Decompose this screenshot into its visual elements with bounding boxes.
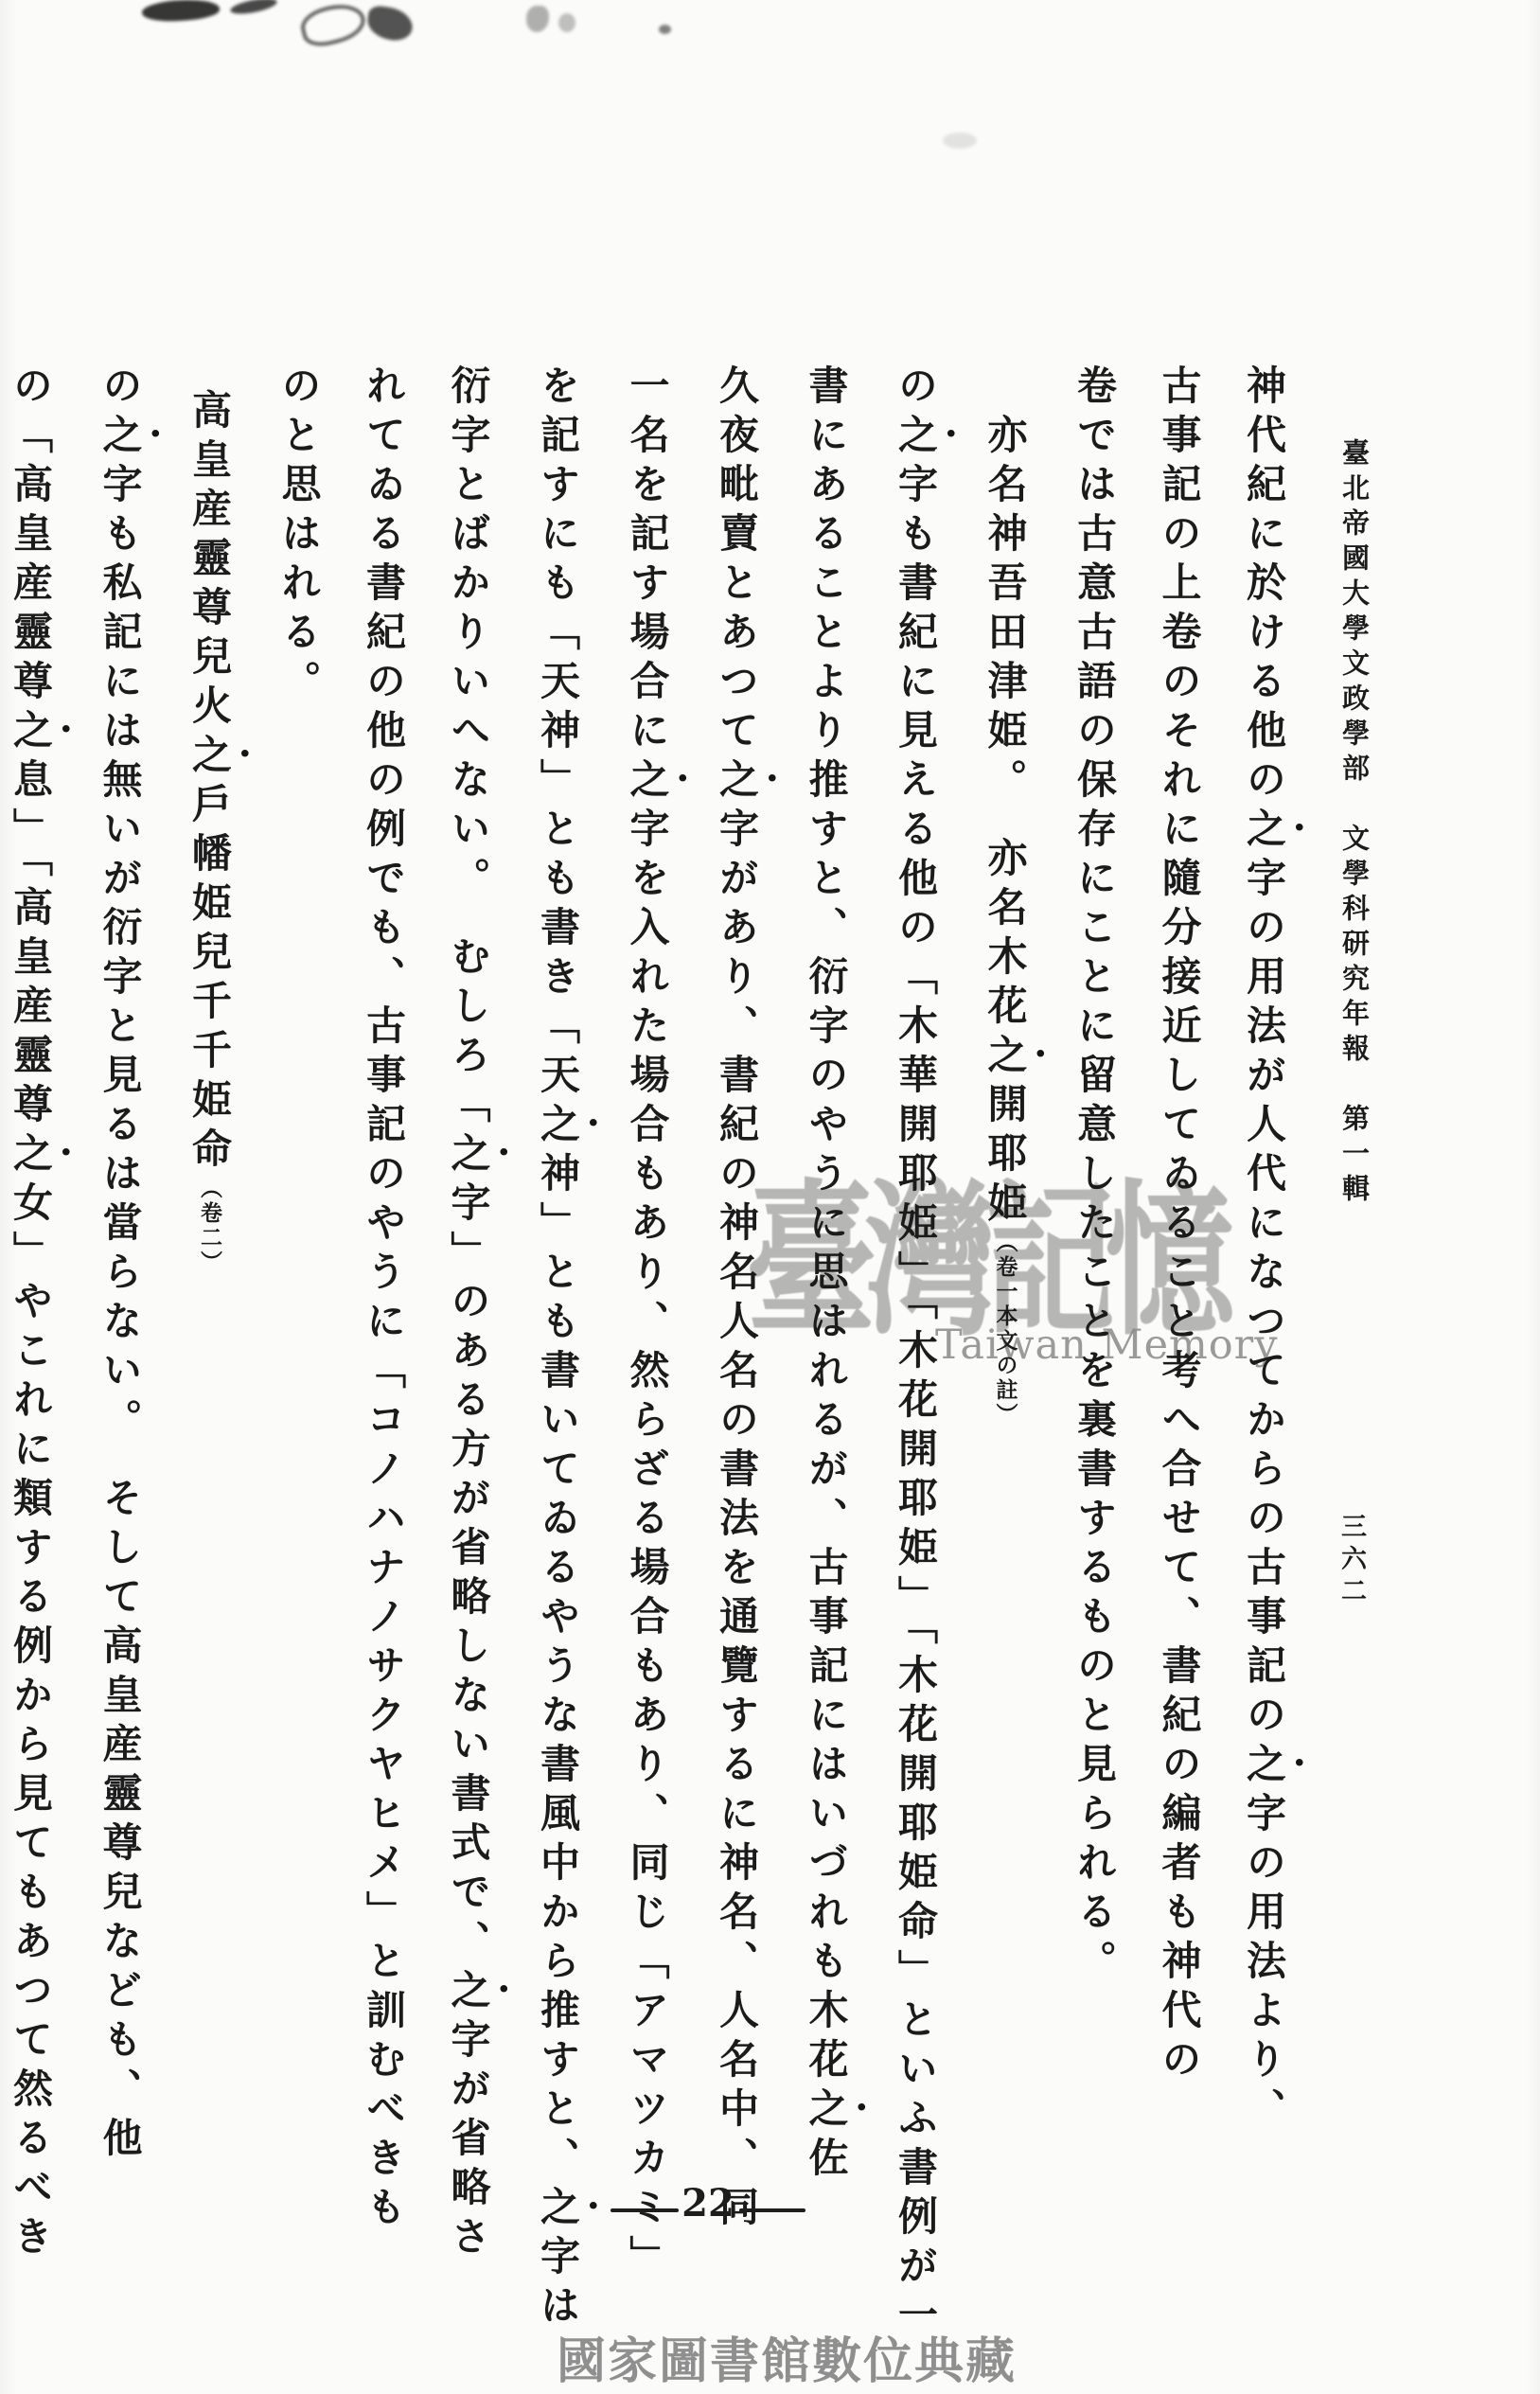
column-09: を記すにも「天神」とも書き「天之神」とも書いてゐるやうな書風中から推すと、之字は xyxy=(516,364,606,2196)
text-run: 文學科研究年報 xyxy=(1338,824,1371,1069)
text-run: 開耶姫 xyxy=(982,1083,1029,1231)
text-run: 卷では古意古語の保存にことに留意したことを裏書するものと見られる。 xyxy=(1071,364,1118,1989)
text-gap xyxy=(982,364,1029,414)
text-gap xyxy=(1338,789,1371,824)
text-run: 久夜毗賣とあつて xyxy=(714,364,760,758)
text-run: 一名を記す場合に xyxy=(625,364,671,758)
text-run: のと思はれる。 xyxy=(276,364,323,709)
text-run: 神」とも書いてゐるやうな書風中から推すと、 xyxy=(535,1152,581,2186)
archive-caption: 國家圖書館數位典藏 xyxy=(557,2321,1017,2392)
column-10: 衍字とばかりいへない。 むしろ「之字」のある方が省略しない書式で、之字が省略さ xyxy=(426,364,516,2196)
column-04: 亦名神吾田津姫。 亦名木花之開耶姫（卷一本文の註） xyxy=(963,364,1053,2196)
text-run: むしろ「 xyxy=(446,935,492,1132)
text-run: 高皇産靈尊兒火 xyxy=(186,389,233,734)
column-13: 高皇産靈尊兒火之戶幡姫兒千千姫命（卷二） xyxy=(168,364,257,2196)
emphasized-char: 之 xyxy=(893,414,939,463)
page-number-dash-right xyxy=(739,2208,805,2212)
text-run: 書にあることより推すと、衍字のやうに思はれるが、古事記にはいづれも木花 xyxy=(804,364,850,2087)
emphasized-char: 之 xyxy=(8,709,54,758)
emphasized-char: 之 xyxy=(804,2087,850,2137)
page-number-group: 22 xyxy=(568,2181,852,2238)
emphasized-char: 之 xyxy=(535,1103,581,1152)
text-run: 女」やこれに類する例から見てもあつて然るべき xyxy=(8,1181,54,2264)
text-run: 字を入れた場合もあり、然らざる場合もあり、同じ「アマツカミ」 xyxy=(625,807,671,2284)
text-gap xyxy=(982,788,1029,837)
text-gap xyxy=(446,886,492,935)
ink-smudge xyxy=(141,0,221,25)
text-run: 亦名神吾田津姫。 xyxy=(982,414,1029,788)
emphasized-char: 之 xyxy=(625,758,671,807)
column-02: 古事記の上卷のそれに隨分接近してゐること考へ合せて、書紀の編者も神代の xyxy=(1137,364,1222,2196)
ink-smudge xyxy=(526,6,549,32)
column-15: の「高皇産靈尊之息」「高皇産靈尊之女」やこれに類する例から見てもあつて然るべき xyxy=(0,364,78,2196)
text-gap xyxy=(1338,1069,1371,1104)
column-14: の之字も私記には無いが衍字と見るは當らない。 そして高皇産靈尊兒なども、他 xyxy=(78,364,168,2196)
column-07: 久夜毗賣とあつて之字があり、書紀の神名人名の書法を通覽するに神名、人名中、同 xyxy=(695,364,785,2196)
text-run: 字も書紀に見える他の「木華開耶姫」「木花開耶姫」「木花開耶姫命」といふ書例が一 xyxy=(893,463,939,2343)
inline-annotation: （卷一本文の註） xyxy=(993,1231,1018,1428)
emphasized-char: 之 xyxy=(446,1969,492,2018)
text-run: の xyxy=(893,364,939,414)
text-run: 戶幡姫兒千千姫命 xyxy=(186,783,233,1177)
page-number-dash-left xyxy=(611,2208,679,2212)
text-run: 第一輯 xyxy=(1338,1104,1371,1209)
inline-annotation: （卷二） xyxy=(197,1177,222,1275)
emphasized-char: 之 xyxy=(1241,807,1287,857)
text-run: を記すにも「天神」とも書き「天 xyxy=(535,364,581,1103)
text-gap xyxy=(97,1428,144,1477)
running-head: 臺北帝國大學文政學部 文學科研究年報 第一輯 xyxy=(1311,364,1398,2196)
text-block: 臺北帝國大學文政學部 文學科研究年報 第一輯神代紀に於ける他の之字の用法が人代に… xyxy=(0,364,1398,2196)
emphasized-char: 之 xyxy=(1241,1743,1287,1792)
text-run: の「高皇産靈尊 xyxy=(8,364,54,709)
text-run: 息」「高皇産靈尊 xyxy=(8,758,54,1132)
text-run: 字の用法より、 xyxy=(1241,1792,1287,2137)
text-run: 字の用法が人代になつてからの古事記の xyxy=(1241,857,1287,1743)
column-03: 卷では古意古語の保存にことに留意したことを裏書するものと見られる。 xyxy=(1053,364,1138,2196)
column-12: のと思はれる。 xyxy=(257,364,342,2196)
text-run: 字があり、書紀の神名人名の書法を通覽するに神名、人名中、同 xyxy=(714,807,760,2235)
folio-number: 三六二 xyxy=(1333,1513,1370,1609)
emphasized-char: 之 xyxy=(186,734,233,783)
ink-smudge xyxy=(943,133,977,149)
ink-smudge xyxy=(558,13,575,32)
text-run: 字も私記には無いが衍字と見るは當らない。 xyxy=(97,463,144,1428)
ink-smudge xyxy=(365,5,415,43)
emphasized-char: 之 xyxy=(714,758,760,807)
text-run: 字は xyxy=(535,2235,581,2333)
ink-smudge xyxy=(659,25,671,34)
text-run: 字が省略さ xyxy=(446,2018,492,2264)
ink-smudge xyxy=(229,0,278,17)
text-run: 臺北帝國大學文政學部 xyxy=(1338,438,1371,789)
text-run: 亦名木花 xyxy=(982,837,1029,1034)
emphasized-char: 之 xyxy=(8,1132,54,1181)
emphasized-char: 之 xyxy=(982,1034,1029,1083)
text-run: 佐 xyxy=(804,2137,850,2186)
text-run: 字」のある方が省略しない書式で、 xyxy=(446,1181,492,1969)
text-run: 衍字とばかりいへない。 xyxy=(446,364,492,886)
text-run: れてゐる書紀の他の例でも、古事記のやうに「コノハナノサクヤヒメ」と訓むべきも xyxy=(361,364,407,2235)
text-run: の xyxy=(97,364,144,414)
column-01: 神代紀に於ける他の之字の用法が人代になつてからの古事記の之字の用法より、 xyxy=(1222,364,1312,2196)
ink-smudge xyxy=(297,0,369,51)
scanned-document-page: 臺灣記憶 Taiwan Memory 臺北帝國大學文政學部 文學科研究年報 第一… xyxy=(0,0,1540,2394)
column-11: れてゐる書紀の他の例でも、古事記のやうに「コノハナノサクヤヒメ」と訓むべきも xyxy=(342,364,427,2196)
text-run: 神代紀に於ける他の xyxy=(1241,364,1287,807)
page-number: 22 xyxy=(680,2181,736,2226)
column-06: 書にあることより推すと、衍字のやうに思はれるが、古事記にはいづれも木花之佐 xyxy=(784,364,874,2196)
column-05: の之字も書紀に見える他の「木華開耶姫」「木花開耶姫」「木花開耶姫命」といふ書例が… xyxy=(874,364,964,2196)
text-run: そして高皇産靈尊兒なども、他 xyxy=(97,1477,144,2166)
emphasized-char: 之 xyxy=(97,414,144,463)
text-run: 古事記の上卷のそれに隨分接近してゐること考へ合せて、書紀の編者も神代の xyxy=(1157,364,1203,2087)
emphasized-char: 之 xyxy=(446,1132,492,1181)
column-08: 一名を記す場合に之字を入れた場合もあり、然らざる場合もあり、同じ「アマツカミ」 xyxy=(605,364,695,2196)
